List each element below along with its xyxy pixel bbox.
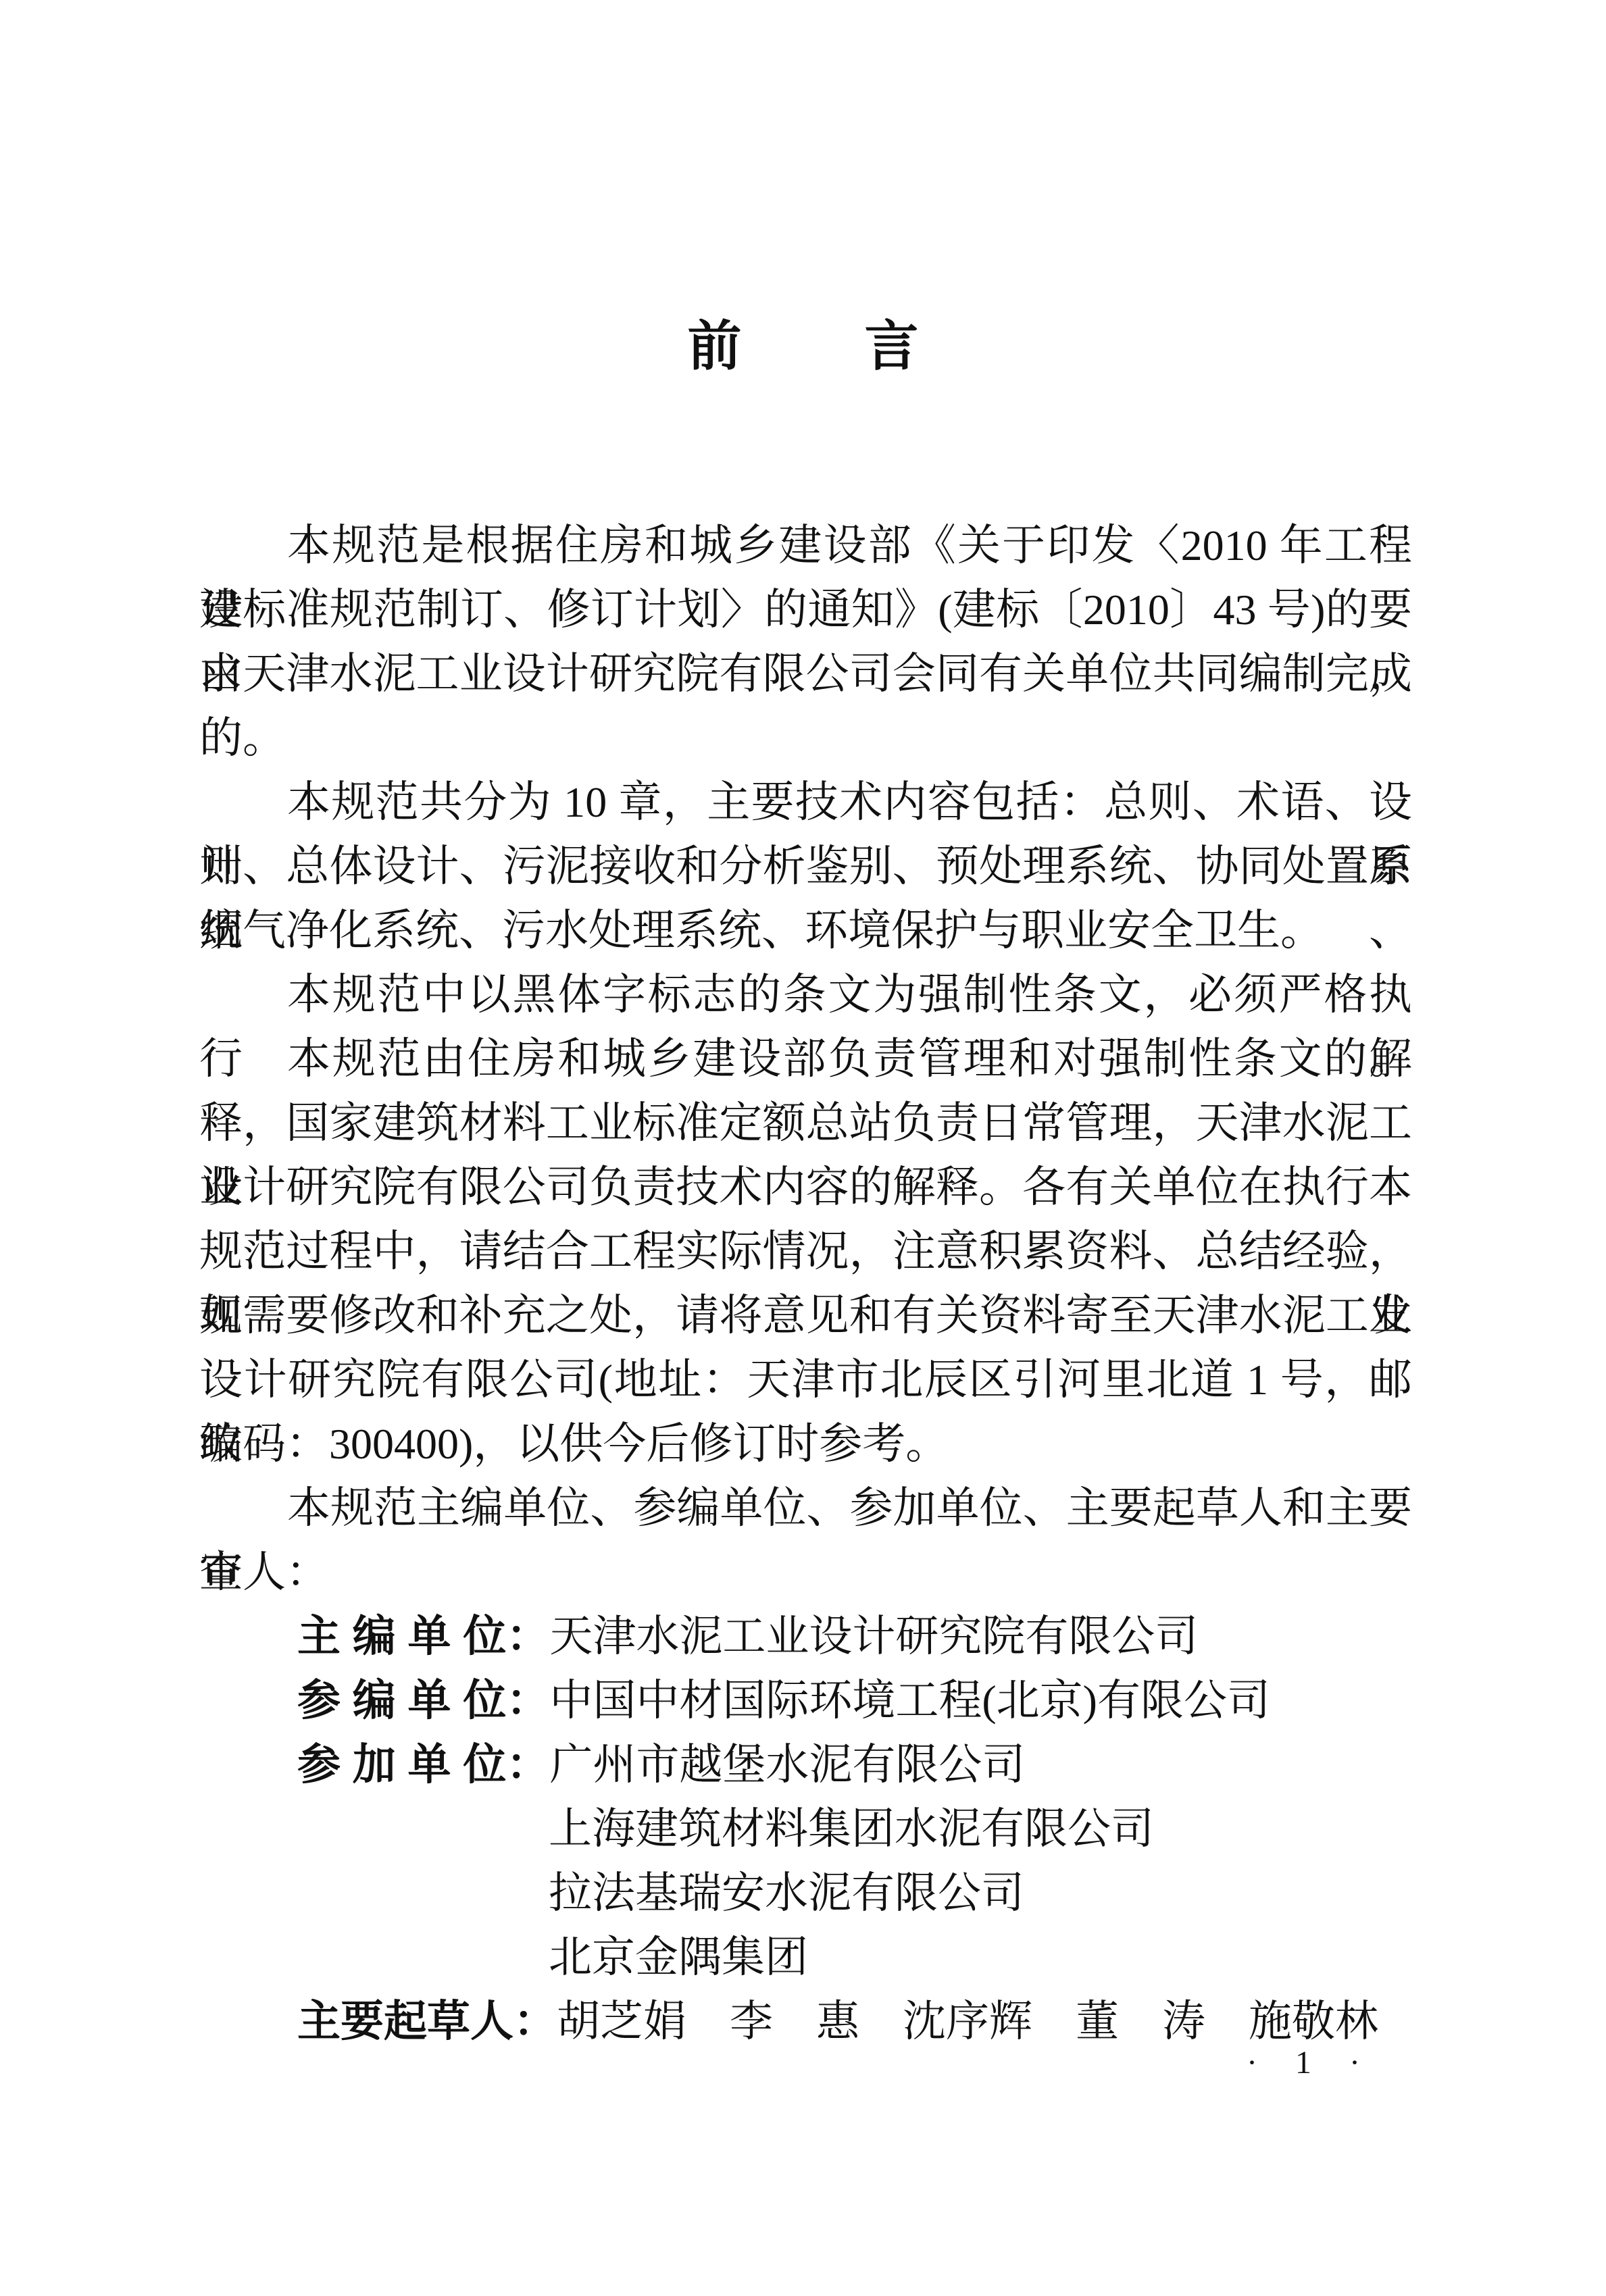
co-editor-label: 参 编 单 位： [297, 1676, 549, 1725]
chief-editor-line: 主 编 单 位：天津水泥工业设计研究院有限公司 [199, 1604, 1412, 1668]
body-line: 规范过程中，请结合工程实际情况，注意积累资料、总结经验，如发 [199, 1219, 1412, 1283]
body-line: 设计研究院有限公司(地址：天津市北辰区引河里北道 1 号，邮政 [199, 1348, 1412, 1412]
co-editor-value: 中国中材国际环境工程(北京)有限公司 [549, 1677, 1270, 1725]
drafters-line: 主要起草人：胡芝娟 李 惠 沈序辉 董 涛 施敬林 [199, 1989, 1412, 2053]
participating-unit-value: 广州市越堡水泥有限公司 [549, 1741, 1025, 1789]
body-line: 现需要修改和补充之处，请将意见和有关资料寄至天津水泥工业 [199, 1283, 1412, 1348]
drafters-label: 主要起草人： [297, 1997, 557, 2045]
participating-unit-line: 参 加 单 位：广州市越堡水泥有限公司 [199, 1733, 1412, 1797]
participating-unit-label: 参 加 单 位： [297, 1740, 549, 1789]
participating-unit-extra: 北京金隅集团 [199, 1925, 1412, 1989]
body-line: 设计研究院有限公司负责技术内容的解释。各有关单位在执行本 [199, 1155, 1412, 1219]
page-number: · 1 · [1247, 2044, 1375, 2081]
body-line: 查人： [199, 1540, 1412, 1604]
chief-editor-value: 天津水泥工业设计研究院有限公司 [549, 1612, 1198, 1660]
body-line: 的。 [199, 706, 1412, 770]
body-line: 烟气净化系统、污水处理系统、环境保护与职业安全卫生。 [199, 898, 1412, 963]
preface-body: 本规范是根据住房和城乡建设部《关于印发〈2010 年工程建 设标准规范制订、修订… [199, 513, 1412, 2053]
body-line: 编码：300400)，以供今后修订时参考。 [199, 1412, 1412, 1476]
document-page: 前 言 本规范是根据住房和城乡建设部《关于印发〈2010 年工程建 设标准规范制… [0, 0, 1606, 2296]
page-title-char-1: 前 [688, 316, 742, 377]
co-editor-line: 参 编 单 位：中国中材国际环境工程(北京)有限公司 [199, 1668, 1412, 1733]
chief-editor-label: 主 编 单 位： [297, 1612, 549, 1660]
participating-unit-extra: 上海建筑材料集团水泥有限公司 [199, 1797, 1412, 1861]
participating-unit-extra: 拉法基瑞安水泥有限公司 [199, 1861, 1412, 1925]
body-line: 本规范是根据住房和城乡建设部《关于印发〈2010 年工程建 [199, 513, 1412, 578]
body-line: 则、总体设计、污泥接收和分析鉴别、预处理系统、协同处置系统、 [199, 834, 1412, 898]
body-line: 本规范中以黑体字标志的条文为强制性条文，必须严格执行。 [199, 963, 1412, 1027]
body-line: 释，国家建筑材料工业标准定额总站负责日常管理，天津水泥工业 [199, 1091, 1412, 1155]
body-line: 设标准规范制订、修订计划〉的通知》(建标〔2010〕43 号)的要求， [199, 578, 1412, 642]
page-title: 前 言 [0, 316, 1606, 377]
page-title-char-2: 言 [865, 316, 919, 377]
body-line: 本规范共分为 10 章，主要技术内容包括：总则、术语、设计原 [199, 770, 1412, 834]
body-line: 本规范由住房和城乡建设部负责管理和对强制性条文的解 [199, 1027, 1412, 1091]
drafters-value: 胡芝娟 李 惠 沈序辉 董 涛 施敬林 [557, 1997, 1378, 2045]
body-line: 由天津水泥工业设计研究院有限公司会同有关单位共同编制完成 [199, 642, 1412, 706]
body-line: 本规范主编单位、参编单位、参加单位、主要起草人和主要审 [199, 1476, 1412, 1540]
